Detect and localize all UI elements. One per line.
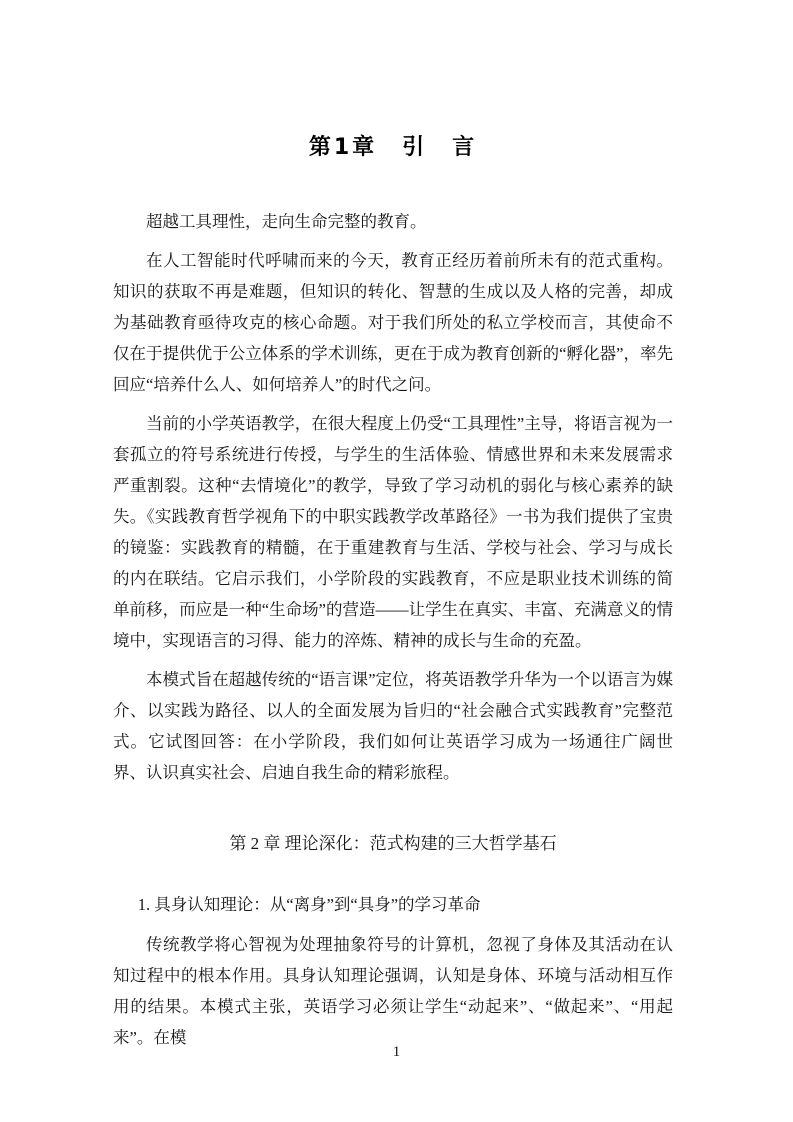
- document-page: 第1章 引 言 超越工具理性，走向生命完整的教育。 在人工智能时代呼啸而来的今天…: [0, 0, 793, 1122]
- paragraph: 传统教学将心智视为处理抽象符号的计算机，忽视了身体及其活动在认知过程中的根本作用…: [113, 929, 673, 1053]
- paragraph: 本模式旨在超越传统的“语言课”定位，将英语教学升华为一个以语言为媒介、以实践为路…: [113, 664, 673, 788]
- paragraph: 在人工智能时代呼啸而来的今天，教育正经历着前所未有的范式重构。知识的获取不再是难…: [113, 245, 673, 400]
- paragraph: 当前的小学英语教学，在很大程度上仍受“工具理性”主导，将语言视为一套孤立的符号系…: [113, 408, 673, 656]
- chapter-1-title: 第1章 引 言: [113, 0, 673, 163]
- page-number: 1: [0, 1042, 793, 1062]
- chapter-2-title: 第 2 章 理论深化：范式构建的三大哲学基石: [113, 828, 673, 859]
- section-1-heading: 1. 具身认知理论：从“离身”到“具身”的学习革命: [113, 889, 673, 920]
- paragraph-lead: 超越工具理性，走向生命完整的教育。: [113, 206, 673, 237]
